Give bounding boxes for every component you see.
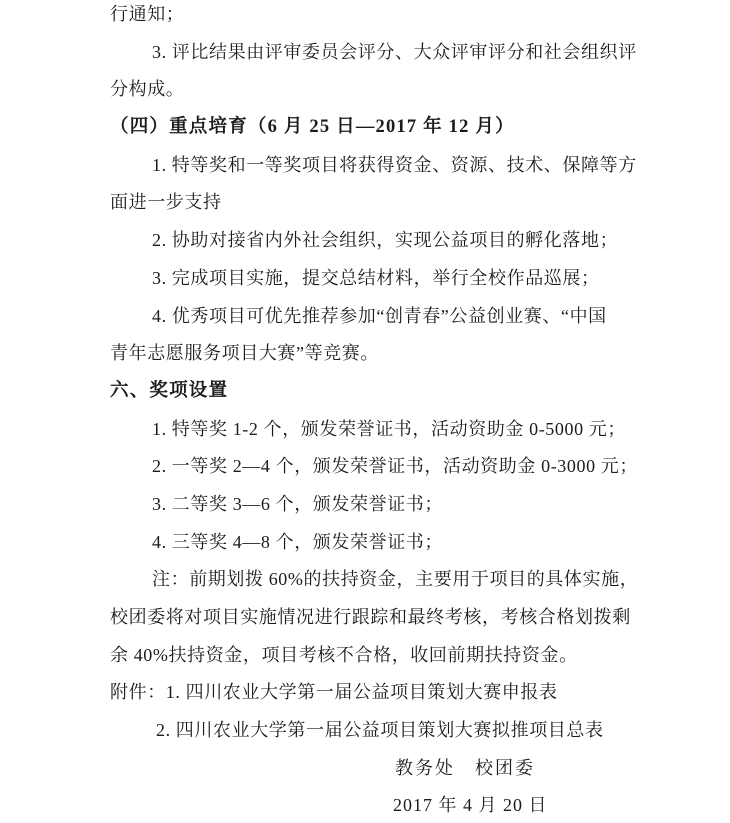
paragraph-line: 行通知； bbox=[110, 0, 650, 34]
paragraph-line: 4. 三等奖 4—8 个，颁发荣誉证书； bbox=[110, 524, 650, 562]
paragraph-line: 4. 优秀项目可优先推荐参加“创青春”公益创业赛、“中国 bbox=[110, 298, 650, 336]
paragraph-line: 3. 完成项目实施，提交总结材料，举行全校作品巡展； bbox=[110, 260, 650, 298]
paragraph-line: 2. 四川农业大学第一届公益项目策划大赛拟推项目总表 bbox=[110, 712, 650, 750]
paragraph-line: 1. 特等奖和一等奖项目将获得资金、资源、技术、保障等方 bbox=[110, 147, 650, 185]
paragraph-line: 2. 协助对接省内外社会组织，实现公益项目的孵化落地； bbox=[110, 222, 650, 260]
paragraph-line: 分构成。 bbox=[110, 71, 650, 109]
paragraph-line: 附件：1. 四川农业大学第一届公益项目策划大赛申报表 bbox=[110, 674, 650, 712]
paragraph-line: 余 40%扶持资金，项目考核不合格，收回前期扶持资金。 bbox=[110, 637, 650, 675]
signature-line: 教务处 校团委 bbox=[110, 750, 650, 788]
paragraph-line: 3. 二等奖 3—6 个，颁发荣誉证书； bbox=[110, 486, 650, 524]
paragraph-line: 2. 一等奖 2—4 个，颁发荣誉证书，活动资助金 0-3000 元； bbox=[110, 448, 650, 486]
paragraph-line: 1. 特等奖 1-2 个，颁发荣誉证书，活动资助金 0-5000 元； bbox=[110, 411, 650, 449]
document-page: 行通知；3. 评比结果由评审委员会评分、大众评审评分和社会组织评分构成。（四）重… bbox=[0, 0, 730, 823]
paragraph-line: 3. 评比结果由评审委员会评分、大众评审评分和社会组织评 bbox=[110, 34, 650, 72]
paragraph-line: 校团委将对项目实施情况进行跟踪和最终考核，考核合格划拨剩 bbox=[110, 599, 650, 637]
document-body: 行通知；3. 评比结果由评审委员会评分、大众评审评分和社会组织评分构成。（四）重… bbox=[110, 0, 650, 823]
paragraph-line: 青年志愿服务项目大赛”等竞赛。 bbox=[110, 335, 650, 373]
date-line: 2017 年 4 月 20 日 bbox=[110, 787, 650, 823]
paragraph-line: 面进一步支持 bbox=[110, 184, 650, 222]
section-heading: 六、奖项设置 bbox=[110, 373, 650, 411]
paragraph-line: 注：前期划拨 60%的扶持资金，主要用于项目的具体实施， bbox=[110, 561, 650, 599]
section-heading: （四）重点培育（6 月 25 日—2017 年 12 月） bbox=[110, 109, 650, 147]
